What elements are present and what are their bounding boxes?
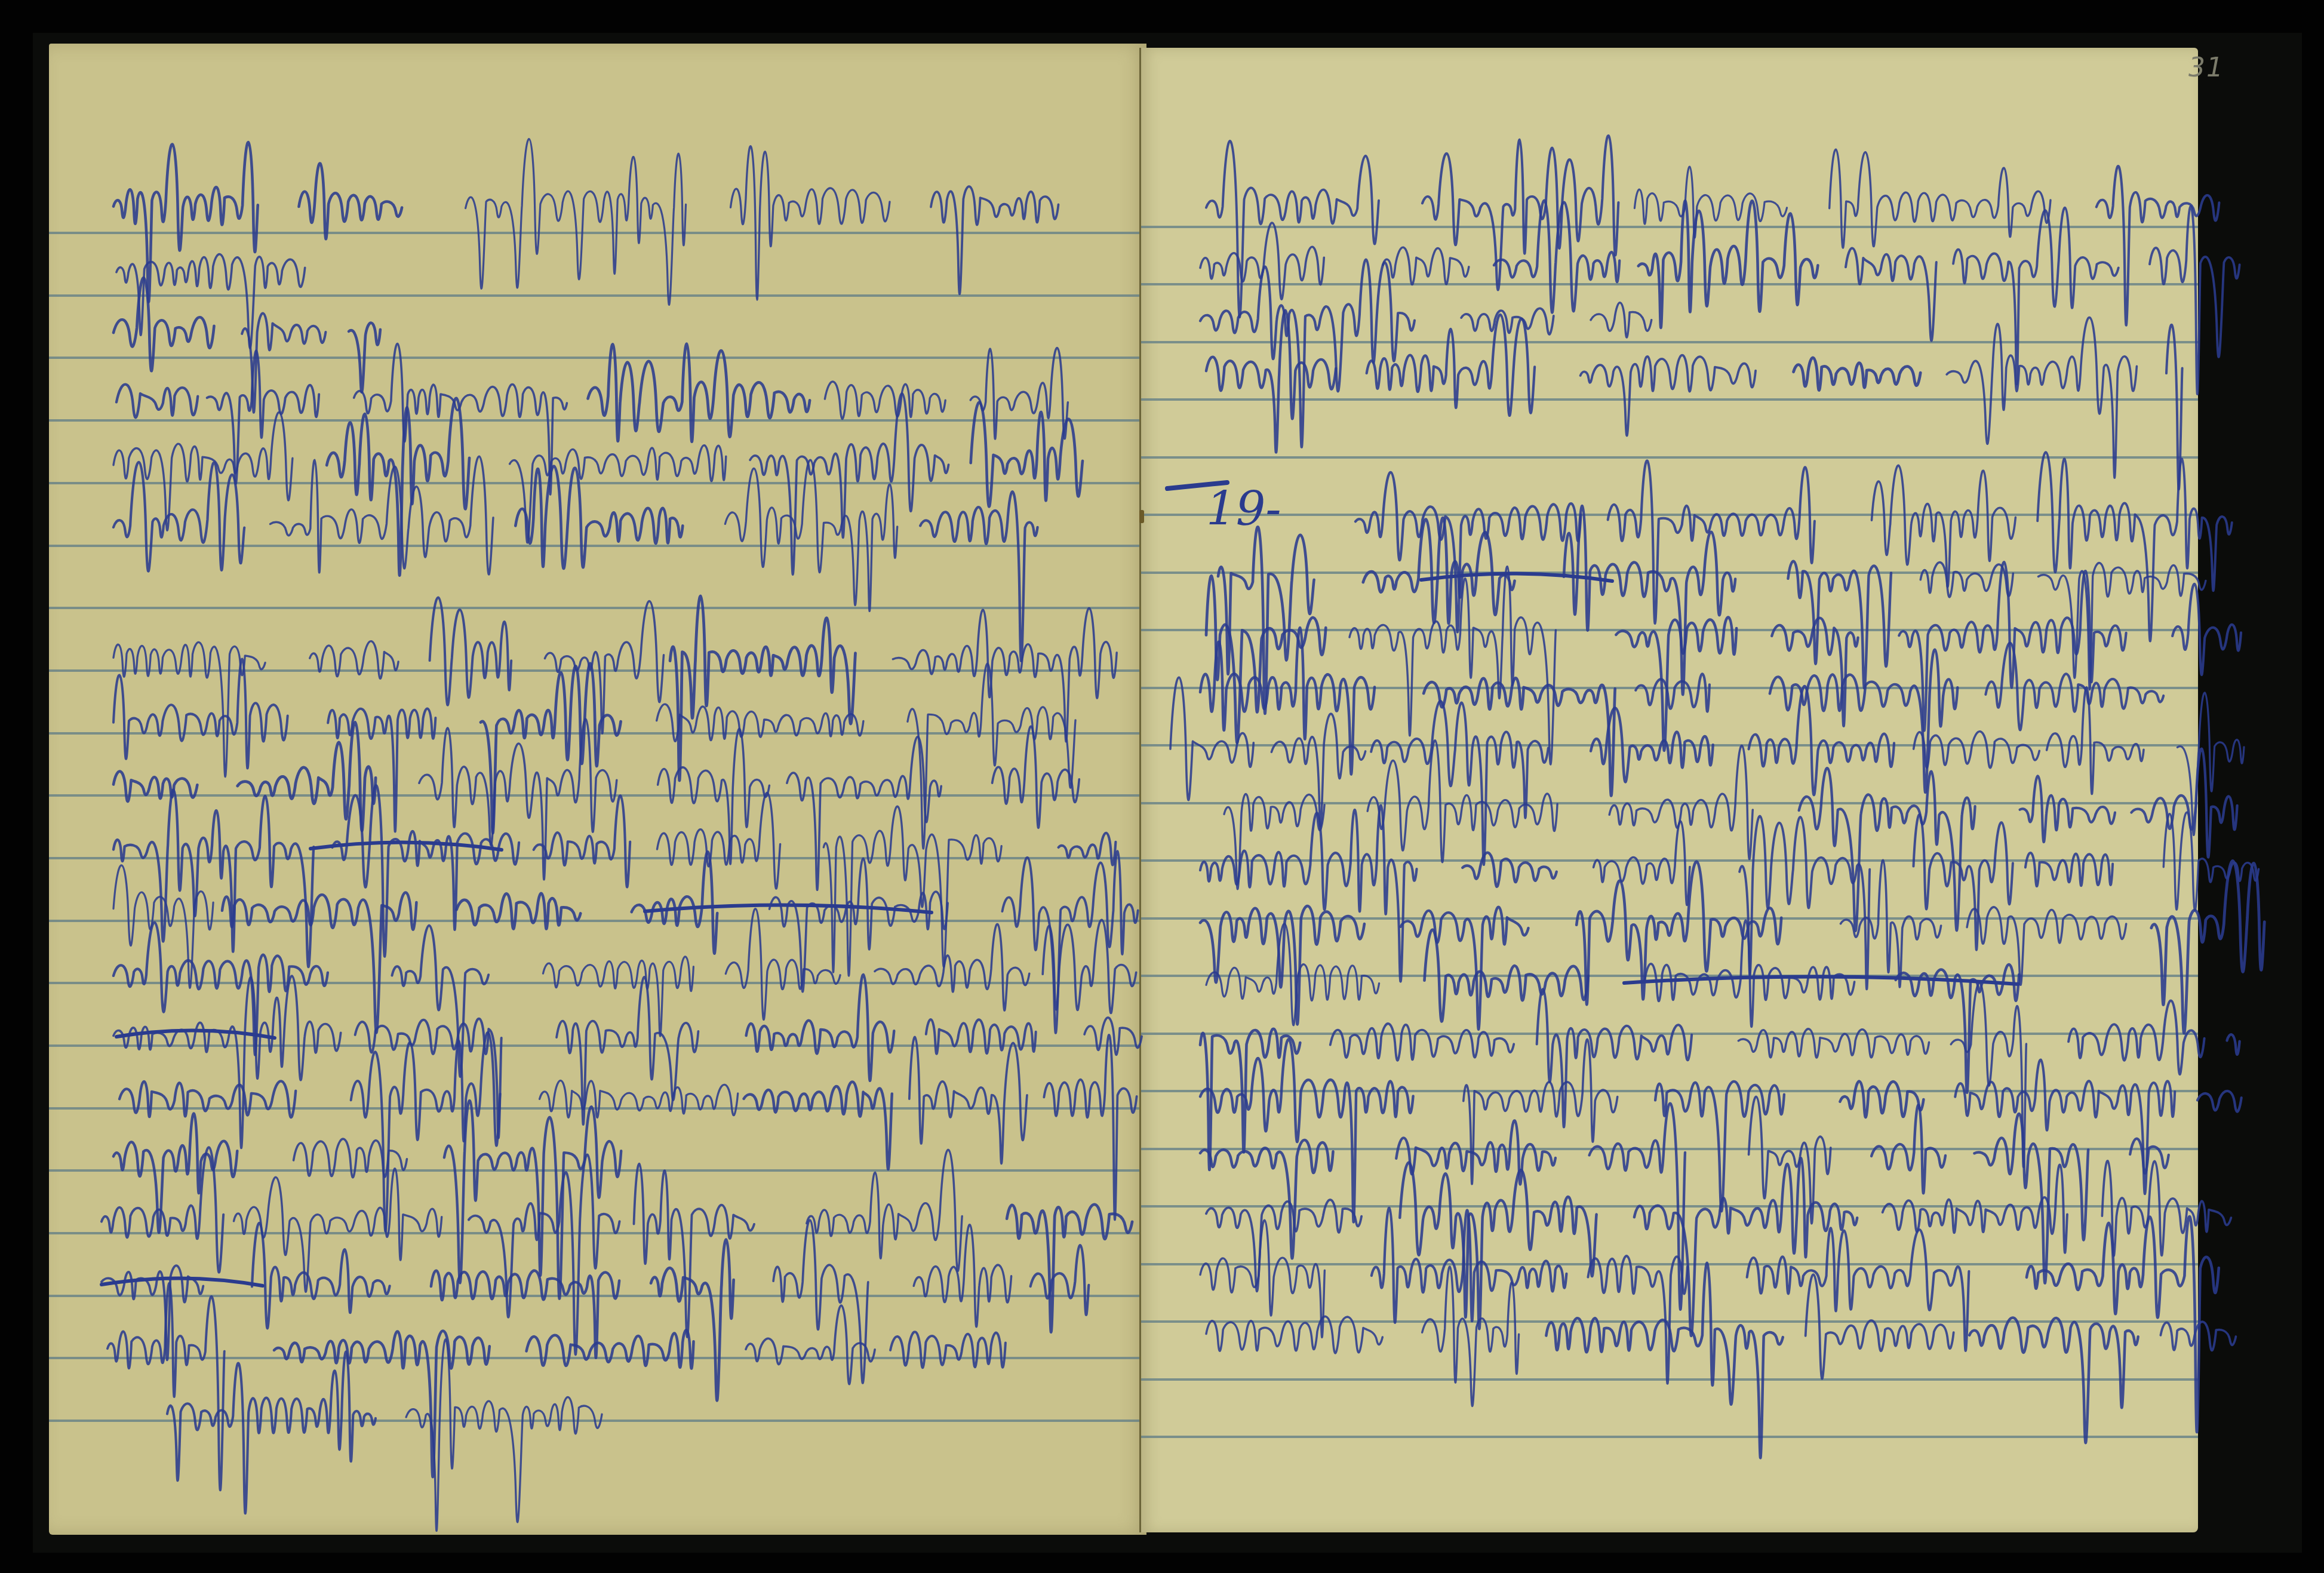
handwritten-word [651,1240,734,1401]
handwritten-word [926,1019,1036,1054]
handwritten-line: handwritten line 19 (illegible shorthand… [1206,1263,2236,1458]
handwritten-word [1846,248,1936,341]
handwritten-word [274,1331,490,1477]
handwritten-word [1581,355,1756,436]
handwritten-word [349,323,380,392]
handwritten-word [1401,907,1529,1030]
handwritten-word [1636,674,1710,711]
handwritten-line: handwritten line 12 (illegible shorthand… [113,909,1136,1077]
handwritten-word [908,663,1075,849]
handwritten-word [113,772,197,801]
handwritten-word [657,704,863,741]
handwritten-word [1200,223,1324,299]
handwritten-word [931,186,1059,294]
handwritten-word [1608,460,1815,623]
handwritten-word [466,139,686,305]
handwritten-word [355,1019,502,1138]
handwritten-word [2172,584,2241,675]
handwritten-line: handwritten line 4 (illegible shorthand) [116,344,1068,494]
handwritten-word [1367,741,1557,862]
handwritten-word [1634,1158,1857,1336]
handwritten-word [1200,806,1417,982]
handwritten-word [2197,1091,2242,1112]
handwritten-line: handwritten line 17 (illegible shorthand… [1206,1158,2231,1336]
handwritten-word [1588,1256,1687,1384]
handwritten-word [1969,1317,2138,1443]
handwritten-word [1830,149,2051,248]
handwritten-line: handwritten line 3 (illegible shorthand) [1200,260,1652,447]
handwritten-word [113,790,313,967]
handwritten-word [731,146,890,300]
handwritten-word [875,924,1029,1011]
handwritten-word [119,1081,296,1117]
handwritten-word [1003,851,1138,1033]
handwritten-word [634,1164,755,1337]
handwritten-word [1084,1018,1142,1055]
handwritten-word [1914,732,2040,768]
handwritten-word [1349,567,1556,764]
handwritten-word [588,344,810,442]
handwritten-word [1200,1140,1333,1258]
handwritten-word [2025,853,2113,886]
handwritten-word [823,806,1001,976]
handwritten-line: handwritten line 17 (illegible shorthand… [102,1220,1089,1400]
handwritten-line: handwritten line 5 (illegible shorthand) [113,394,1083,576]
handwritten-word [113,278,214,371]
handwritten-word [746,975,894,1081]
handwritten-word [632,852,718,953]
handwritten-word [657,792,780,889]
handwritten-word [2102,1161,2231,1256]
handwritten-word [2037,452,2232,641]
handwritten-word [725,460,897,611]
handwritten-word [270,456,493,574]
handwritten-line: handwritten line 2 (illegible shorthand) [1200,201,2240,395]
handwritten-word [1947,318,2137,478]
handwritten-word [113,659,288,768]
handwritten-word [1218,527,1314,714]
handwritten-word [1200,260,1415,447]
handwritten-word [2039,563,2206,690]
handwritten-word [914,1225,1011,1327]
handwritten-word [825,382,945,419]
handwritten-word [1425,930,1588,1022]
handwritten-line: handwritten line 7 (illegible shorthand) [113,596,1117,781]
handwritten-word [1330,1024,1514,1061]
handwritten-word [1007,1205,1132,1332]
handwritten-line: handwritten line 1 (illegible shorthand) [1206,136,2219,325]
handwritten-word [113,412,293,530]
handwritten-word [1461,308,1554,334]
handwritten-word [890,1332,1006,1368]
handwritten-word [1794,358,1921,391]
handwritten-word [534,795,630,887]
handwritten-word [351,1033,500,1231]
handwritten-word [787,737,941,890]
handwritten-word [744,1082,892,1169]
handwritten-word [2132,749,2237,858]
handwritten-word [2130,1139,2169,1173]
handwritten-word [238,722,376,831]
handwritten-line: handwritten line 10 (illegible shorthand… [113,785,1115,976]
handwritten-word [909,1037,1027,1163]
handwritten-line: handwritten line 5 (illegible shorthand) [1355,452,2232,641]
page-number: 31 [2188,53,2224,83]
handwritten-word [1206,1316,1382,1353]
handwritten-word [1914,815,2013,950]
handwritten-word [545,601,664,734]
handwritten-word [807,1150,962,1271]
handwritten-word [207,351,319,484]
date-marker: 19- [1206,483,1281,536]
handwritten-word [1967,907,2126,985]
handwritten-word [540,1080,738,1117]
handwritten-word [1975,1114,2089,1283]
handwritten-word [1594,821,1690,905]
handwritten-word [527,1330,694,1368]
handwritten-word [750,394,948,574]
handwritten-word [1634,167,1787,238]
handwritten-word [1200,1039,1413,1222]
handwritten-word [670,596,855,781]
handwritten-word [557,977,698,1125]
handwritten-word [1206,141,1379,317]
handwritten-word [515,466,683,569]
handwritten-line: handwritten line 19 (illegible shorthand… [167,1339,602,1531]
handwritten-word [1564,506,1735,695]
handwritten-line: handwritten line 11 (illegible shorthand… [1200,806,2259,990]
handwritten-line: handwritten line 4 (illegible shorthand) [1206,311,2182,490]
handwritten-word [113,976,341,1148]
handwritten-word [167,1351,376,1513]
handwritten-line: handwritten line 6 (illegible shorthand) [113,456,1038,661]
handwritten-word [1031,1245,1089,1315]
handwritten-word [1591,303,1652,337]
handwritten-word [299,164,402,239]
handwritten-word [1788,561,1891,688]
handwritten-word [1363,518,1515,623]
handwritten-line: handwritten line 15 (illegible shorthand… [113,1101,621,1299]
handwritten-word [457,893,581,929]
handwritten-word [116,385,198,418]
handwritten-word [2227,1034,2240,1055]
handwritten-word [1462,853,1556,887]
handwritten-word [746,1305,875,1384]
handwritten-line: handwritten line 14 (illegible shorthand… [119,1033,1137,1231]
handwritten-line: handwritten line 13 (illegible shorthand… [113,975,1142,1148]
handwritten-word [1953,208,2119,384]
handwritten-word [1200,1220,1324,1337]
handwritten-word [1871,1105,1945,1193]
handwritten-word [430,597,512,705]
handwritten-word [2150,206,2240,394]
handwritten-word [1747,1228,1969,1351]
handwritten-word [1383,247,1469,284]
handwriting-ink-layer: handwritten line 1 (illegible shorthand)… [0,0,2324,1573]
handwritten-word [1372,1208,1567,1323]
handwritten-line: handwritten line 2 (illegible shorthand) [116,254,305,348]
handwritten-word [1059,833,1116,865]
handwritten-word [327,398,469,576]
handwritten-word [2020,776,2115,842]
handwritten-word [1200,906,1364,1024]
handwritten-word [1639,201,1818,328]
handwritten-word [2047,687,2144,794]
handwritten-word [1396,1120,1556,1184]
handwritten-word [310,641,398,679]
handwritten-word [1840,1082,1923,1117]
handwritten-word [1044,1035,1136,1219]
handwritten-line: handwritten line 16 (illegible shorthand… [1200,1096,2169,1309]
handwritten-word [294,1139,407,1177]
handwritten-line: handwritten line 10 (illegible shorthand… [1224,741,2237,931]
handwritten-word [113,462,244,572]
handwritten-word [107,1283,225,1490]
handwritten-word [893,608,1117,741]
handwritten-word [1400,1163,1596,1329]
handwritten-word [252,1223,390,1328]
handwritten-word [1738,1029,1929,1058]
handwritten-word [116,254,305,348]
